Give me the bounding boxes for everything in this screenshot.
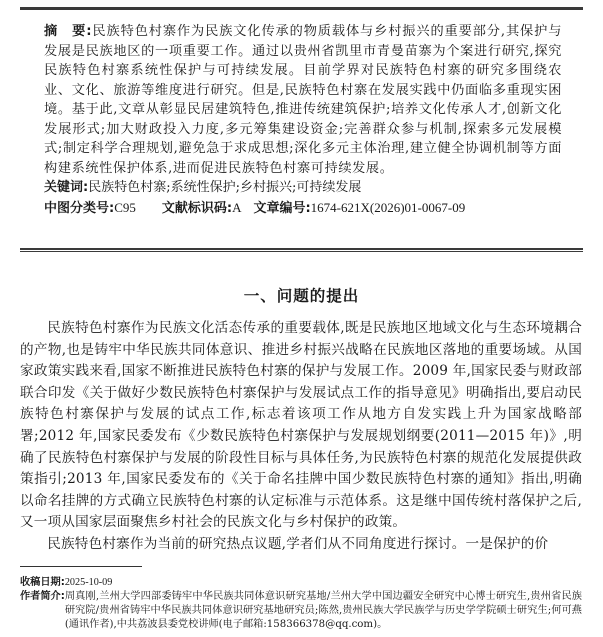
abstract-text: 民族特色村寨作为民族文化传承的物质载体与乡村振兴的重要部分,其保护与发展是民族地…	[44, 24, 562, 176]
keywords: 关键词:民族特色村寨;系统性保护;乡村振兴;可持续发展	[44, 178, 562, 198]
keywords-label: 关键词:	[44, 180, 88, 195]
body-text: 民族特色村寨作为民族文化活态传承的重要载体,既是民族地区地域文化与生态环境耦合的…	[20, 318, 582, 556]
author-label: 作者简介:	[20, 590, 65, 632]
article-no-label: 文章编号:	[253, 201, 310, 216]
classification-line: 中图分类号:C95文献标识码:A文章编号:1674-621X(2026)01-0…	[44, 198, 562, 219]
abstract: 摘 要:民族特色村寨作为民族文化传承的物质载体与乡村振兴的重要部分,其保护与发展…	[44, 22, 562, 178]
abstract-divider	[20, 248, 583, 252]
clc-value: C95	[114, 200, 136, 215]
abstract-label: 摘 要:	[44, 24, 92, 39]
footnote: 收稿日期: 2025-10-09 作者简介: 周真刚,兰州大学四部委铸牢中华民族…	[20, 576, 582, 632]
received-date: 收稿日期: 2025-10-09	[20, 576, 582, 590]
section-heading: 一、问题的提出	[0, 284, 603, 306]
clc-label: 中图分类号:	[44, 201, 114, 216]
top-rule	[20, 7, 583, 10]
article-no-value: 1674-621X(2026)01-0067-09	[311, 200, 466, 215]
keywords-text: 民族特色村寨;系统性保护;乡村振兴;可持续发展	[88, 180, 361, 195]
paragraph: 民族特色村寨作为当前的研究热点议题,学者们从不同角度进行探讨。一是保护的价	[20, 534, 582, 556]
doc-code-label: 文献标识码:	[162, 201, 232, 216]
received-value: 2025-10-09	[65, 576, 582, 590]
author-info: 作者简介: 周真刚,兰州大学四部委铸牢中华民族共同体意识研究基地/兰州大学中国边…	[20, 590, 582, 632]
author-value: 周真刚,兰州大学四部委铸牢中华民族共同体意识研究基地/兰州大学中国边疆安全研究中…	[65, 590, 582, 632]
paragraph: 民族特色村寨作为民族文化活态传承的重要载体,既是民族地区地域文化与生态环境耦合的…	[20, 318, 582, 534]
footnote-rule	[20, 566, 142, 567]
doc-code-value: A	[232, 200, 241, 215]
abstract-block: 摘 要:民族特色村寨作为民族文化传承的物质载体与乡村振兴的重要部分,其保护与发展…	[44, 22, 562, 219]
received-label: 收稿日期:	[20, 576, 65, 590]
